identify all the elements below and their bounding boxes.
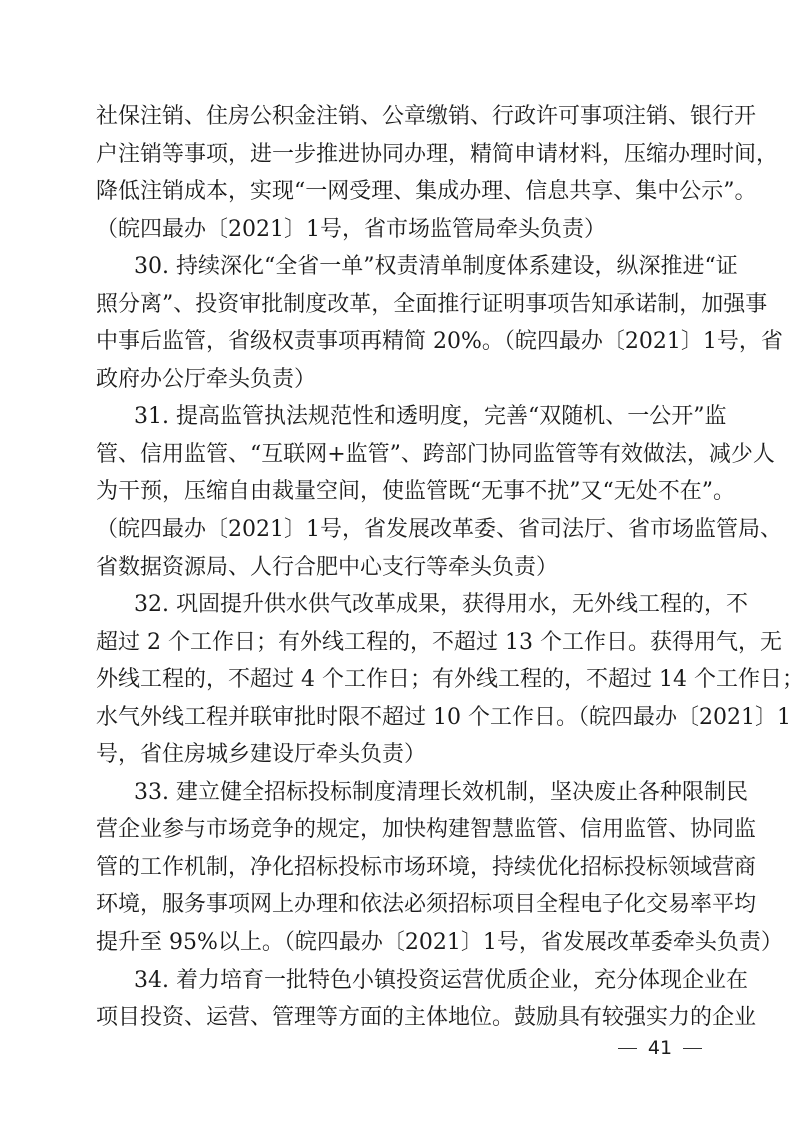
text-line: 水气外线工程并联审批时限不超过 10 个工作日。（皖四最办〔2021〕1 (96, 699, 698, 737)
paragraph-31: 31. 提高监管执法规范性和透明度，完善“双随机、一公开”监 管、信用监管、“互… (96, 398, 698, 586)
text-line: 中事后监管，省级权责事项再精简 20%。（皖四最办〔2021〕1号，省 (96, 323, 698, 361)
text-line: 政府办公厅牵头负责） (96, 361, 698, 399)
text-line: 营企业参与市场竞争的规定，加快构建智慧监管、信用监管、协同监 (96, 811, 698, 849)
text-line: 管的工作机制，净化招标投标市场环境，持续优化招标投标领域营商 (96, 849, 698, 887)
text-line: 超过 2 个工作日；有外线工程的，不超过 13 个工作日。获得用气，无 (96, 624, 698, 662)
page-number: 41 (618, 1034, 702, 1062)
text-line: 提升至 95%以上。（皖四最办〔2021〕1号，省发展改革委牵头负责） (96, 924, 698, 962)
paragraph-32: 32. 巩固提升供水供气改革成果，获得用水，无外线工程的，不 超过 2 个工作日… (96, 586, 698, 774)
document-page: 社保注销、住房公积金注销、公章缴销、行政许可事项注销、银行开 户注销等事项，进一… (0, 0, 793, 1122)
text-line: （皖四最办〔2021〕1号，省发展改革委、省司法厅、省市场监管局、 (96, 511, 698, 549)
text-line: 外线工程的，不超过 4 个工作日；有外线工程的，不超过 14 个工作日； (96, 661, 698, 699)
text-line: 降低注销成本，实现“一网受理、集成办理、信息共享、集中公示”。 (96, 173, 698, 211)
body-text: 社保注销、住房公积金注销、公章缴销、行政许可事项注销、银行开 户注销等事项，进一… (96, 98, 698, 1037)
text-line: 环境，服务事项网上办理和依法必须招标项目全程电子化交易率平均 (96, 886, 698, 924)
text-line: （皖四最办〔2021〕1号，省市场监管局牵头负责） (96, 211, 698, 249)
text-line: 省数据资源局、人行合肥中心支行等牵头负责） (96, 549, 698, 587)
text-line: 社保注销、住房公积金注销、公章缴销、行政许可事项注销、银行开 (96, 98, 698, 136)
dash-right-decoration (683, 1048, 702, 1049)
text-line: 34. 着力培育一批特色小镇投资运营优质企业，充分体现企业在 (96, 962, 698, 1000)
text-line: 31. 提高监管执法规范性和透明度，完善“双随机、一公开”监 (96, 398, 698, 436)
paragraph-34: 34. 着力培育一批特色小镇投资运营优质企业，充分体现企业在 项目投资、运营、管… (96, 962, 698, 1037)
dash-left-decoration (618, 1048, 637, 1049)
text-line: 号，省住房城乡建设厅牵头负责） (96, 736, 698, 774)
text-line: 为干预，压缩自由裁量空间，使监管既“无事不扰”又“无处不在”。 (96, 473, 698, 511)
text-line: 30. 持续深化“全省一单”权责清单制度体系建设，纵深推进“证 (96, 248, 698, 286)
text-line: 项目投资、运营、管理等方面的主体地位。鼓励具有较强实力的企业 (96, 999, 698, 1037)
paragraph-30: 30. 持续深化“全省一单”权责清单制度体系建设，纵深推进“证 照分离”、投资审… (96, 248, 698, 398)
text-line: 32. 巩固提升供水供气改革成果，获得用水，无外线工程的，不 (96, 586, 698, 624)
text-line: 户注销等事项，进一步推进协同办理，精简申请材料，压缩办理时间， (96, 136, 698, 174)
page-number-value: 41 (648, 1034, 672, 1062)
paragraph-33: 33. 建立健全招标投标制度清理长效机制，坚决废止各种限制民 营企业参与市场竞争… (96, 774, 698, 962)
paragraph-29-continuation: 社保注销、住房公积金注销、公章缴销、行政许可事项注销、银行开 户注销等事项，进一… (96, 98, 698, 248)
text-line: 33. 建立健全招标投标制度清理长效机制，坚决废止各种限制民 (96, 774, 698, 812)
text-line: 管、信用监管、“互联网+监管”、跨部门协同监管等有效做法，减少人 (96, 436, 698, 474)
text-line: 照分离”、投资审批制度改革，全面推行证明事项告知承诺制，加强事 (96, 286, 698, 324)
